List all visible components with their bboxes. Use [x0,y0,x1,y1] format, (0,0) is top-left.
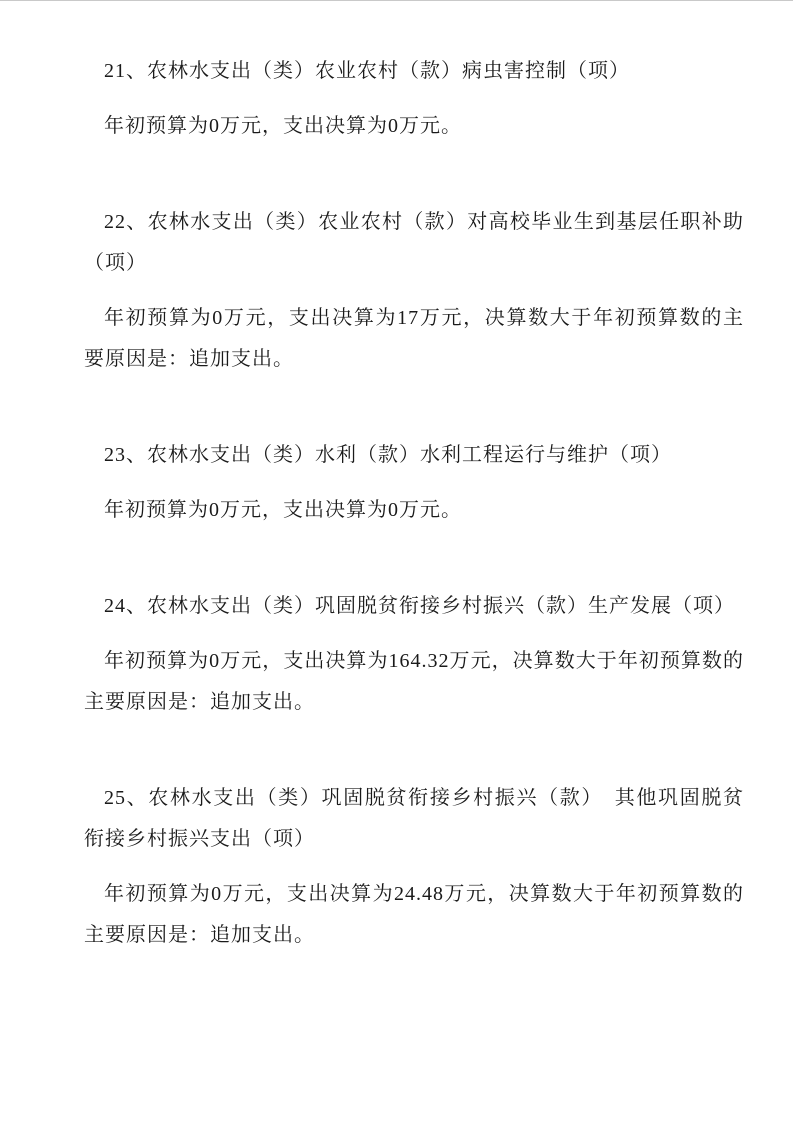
item-heading: 24、农林水支出（类）巩固脱贫衔接乡村振兴（款）生产发展（项） [84,586,744,627]
budget-item: 24、农林水支出（类）巩固脱贫衔接乡村振兴（款）生产发展（项） 年初预算为0万元… [84,586,744,723]
budget-item: 23、农林水支出（类）水利（款）水利工程运行与维护（项） 年初预算为0万元，支出… [84,435,744,531]
budget-item: 25、农林水支出（类）巩固脱贫衔接乡村振兴（款） 其他巩固脱贫衔接乡村振兴支出（… [84,778,744,956]
item-heading: 25、农林水支出（类）巩固脱贫衔接乡村振兴（款） 其他巩固脱贫衔接乡村振兴支出（… [84,778,744,860]
budget-item: 22、农林水支出（类）农业农村（款）对高校毕业生到基层任职补助（项） 年初预算为… [84,202,744,380]
item-detail: 年初预算为0万元，支出决算为164.32万元，决算数大于年初预算数的主要原因是：… [84,641,744,723]
item-heading: 22、农林水支出（类）农业农村（款）对高校毕业生到基层任职补助（项） [84,202,744,284]
item-detail: 年初预算为0万元，支出决算为17万元，决算数大于年初预算数的主要原因是：追加支出… [84,298,744,380]
document-page: 21、农林水支出（类）农业农村（款）病虫害控制（项） 年初预算为0万元，支出决算… [0,0,793,1122]
item-heading: 23、农林水支出（类）水利（款）水利工程运行与维护（项） [84,435,744,476]
budget-items-list: 21、农林水支出（类）农业农村（款）病虫害控制（项） 年初预算为0万元，支出决算… [84,51,744,956]
item-detail: 年初预算为0万元，支出决算为0万元。 [84,106,744,147]
budget-item: 21、农林水支出（类）农业农村（款）病虫害控制（项） 年初预算为0万元，支出决算… [84,51,744,147]
item-heading: 21、农林水支出（类）农业农村（款）病虫害控制（项） [84,51,744,92]
item-detail: 年初预算为0万元，支出决算为0万元。 [84,490,744,531]
item-detail: 年初预算为0万元，支出决算为24.48万元，决算数大于年初预算数的主要原因是：追… [84,874,744,956]
